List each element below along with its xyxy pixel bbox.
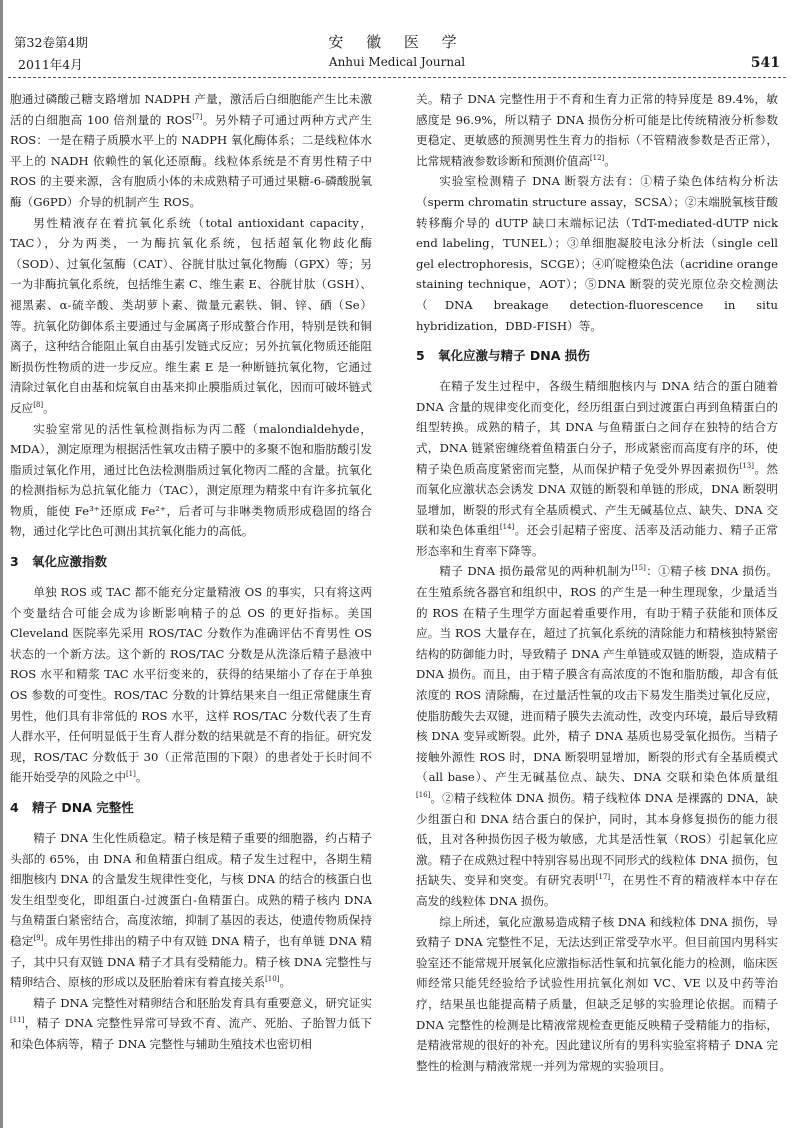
citation[interactable]: [8] [33,401,43,409]
paragraph: 单独 ROS 或 TAC 都不能充分定量精液 OS 的事实，只有将这两个变量结合… [10,582,372,788]
section-title: 精子 DNA 完整性 [32,800,134,815]
paragraph: 实验室检测精子 DNA 断裂方法有：①精子染色体结构分析法（sperm chro… [416,171,778,336]
citation[interactable]: [11] [10,1016,24,1024]
citation[interactable]: [15] [631,565,645,573]
citation[interactable]: [9] [33,934,43,942]
citation[interactable]: [13] [740,462,754,470]
text: ，精子 DNA 完整性异常可导致不育、流产、死胎、子胎智力低下和染色体病等，精子… [10,1016,372,1051]
paragraph: 实验室常见的活性氧检测指标为丙二醛（malondialdehyde，MDA），测… [10,419,372,543]
citation[interactable]: [17] [596,874,610,882]
text: 精子 DNA 生化性质稳定。精子核是精子重要的细胞器，约占精子头部的 65%，由… [10,831,372,948]
journal-title-english: Anhui Medical Journal [0,55,794,69]
journal-title: 安 徽 医 学 [0,31,794,52]
section-heading-5: 5氧化应激与精子 DNA 损伤 [416,346,778,366]
paragraph: 在精子发生过程中，各级生精细胞核内与 DNA 结合的蛋白随着 DNA 含量的规律… [416,376,778,561]
text: 。另外精子可通过两种方式产生 ROS：一是在精子质膜水平上的 NADPH 氧化酶… [10,113,372,209]
citation[interactable]: [16] [416,791,430,799]
section-heading-3: 3氧化应激指数 [10,552,372,572]
section-title: 氧化应激指数 [32,554,107,569]
text: 男性精液存在着抗氧化系统（total antioxidant capacity，… [10,216,372,415]
paragraph: 男性精液存在着抗氧化系统（total antioxidant capacity，… [10,213,372,419]
text: 。 [43,401,55,415]
text: 。 [279,975,291,989]
paragraph: 综上所述，氧化应激易造成精子核 DNA 和线粒体 DNA 损伤，导致精子 DNA… [416,912,778,1077]
citation[interactable]: [7] [192,113,202,121]
paragraph: 精子 DNA 完整性对精卵结合和胚胎发育具有重要意义，研究证实[11]，精子 D… [10,993,372,1055]
citation[interactable]: [10] [265,975,279,983]
section-heading-4: 4精子 DNA 完整性 [10,798,372,818]
text: 。成年男性排出的精子中有双链 DNA 精子，也有单链 DNA 精子，其中只有双链… [10,934,372,989]
section-number: 4 [10,798,32,818]
section-number: 5 [416,346,438,366]
left-column: 胞通过磷酸己糖支路增加 NADPH 产量，激活后白细胞能产生比未激活的白细胞高 … [10,89,372,1055]
paragraph: 精子 DNA 生化性质稳定。精子核是精子重要的细胞器，约占精子头部的 65%，由… [10,828,372,993]
text: 精子 DNA 损伤最常见的两种机制为 [439,564,631,578]
section-title: 氧化应激与精子 DNA 损伤 [438,348,590,363]
text: 。 [136,770,148,784]
right-column: 关。精子 DNA 完整性用于不育和生育力正常的特异度是 89.4%，敏感度是 9… [416,89,778,1076]
header-divider [8,77,786,78]
text: ：①精子核 DNA 损伤。在生殖系统各器官和组织中，ROS 的产生是一种生理现象… [416,564,778,784]
text: 精子 DNA 完整性对精卵结合和胚胎发育具有重要意义，研究证实 [33,996,372,1010]
text: 。 [604,154,616,168]
citation[interactable]: [14] [500,523,514,531]
running-header: 第32卷第4期 2011年4月 安 徽 医 学 Anhui Medical Jo… [0,0,794,80]
paragraph: 精子 DNA 损伤最常见的两种机制为[15]：①精子核 DNA 损伤。在生殖系统… [416,561,778,911]
text: 在精子发生过程中，各级生精细胞核内与 DNA 结合的蛋白随着 DNA 含量的规律… [416,379,778,475]
paragraph: 关。精子 DNA 完整性用于不育和生育力正常的特异度是 89.4%，敏感度是 9… [416,89,778,171]
text: 单独 ROS 或 TAC 都不能充分定量精液 OS 的事实，只有将这两个变量结合… [10,585,372,784]
citation[interactable]: [1] [126,771,136,779]
section-number: 3 [10,552,32,572]
page-number: 541 [751,55,780,71]
paragraph: 胞通过磷酸己糖支路增加 NADPH 产量，激活后白细胞能产生比未激活的白细胞高 … [10,89,372,213]
citation[interactable]: [12] [590,154,604,162]
page-edge-rule [0,0,3,1128]
